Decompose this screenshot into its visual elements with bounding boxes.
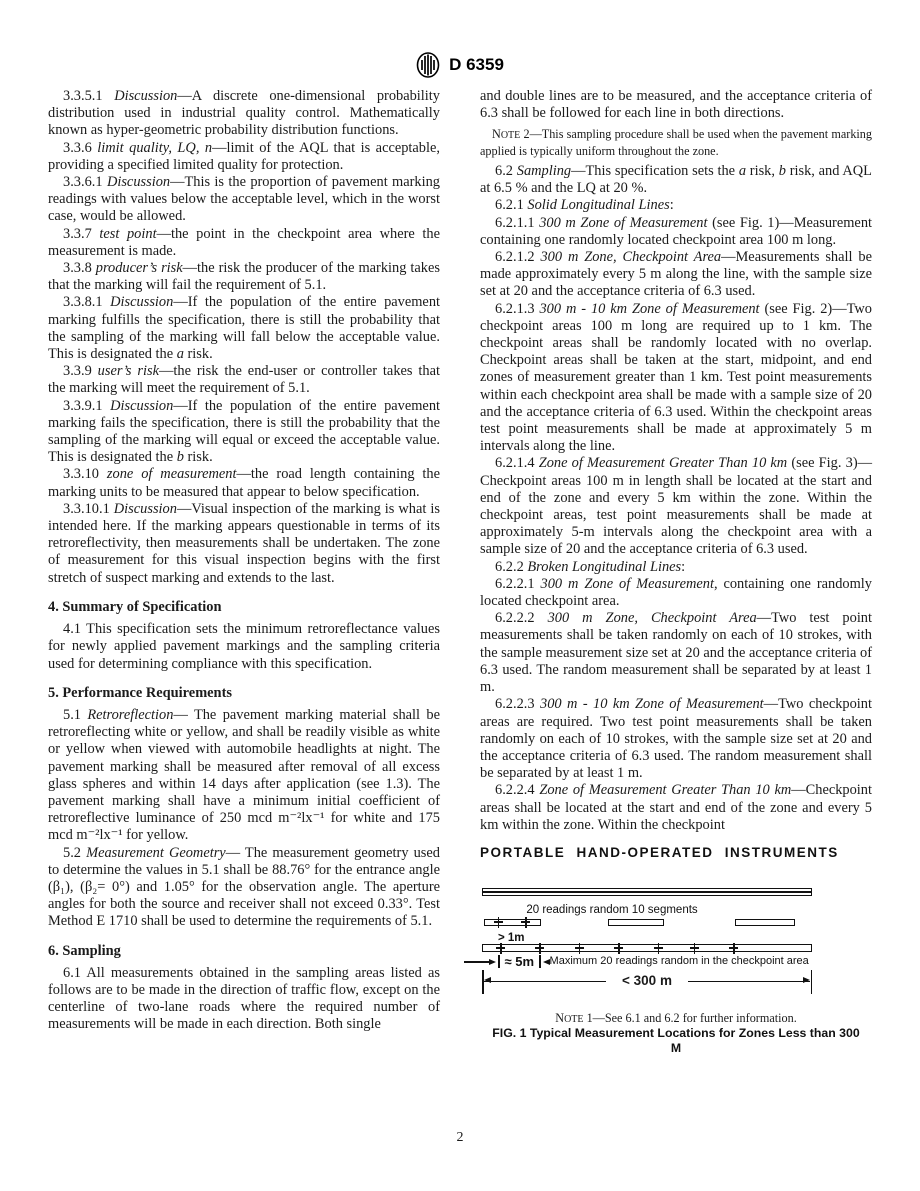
text-run: Discussion — [110, 398, 173, 414]
text-run: a — [177, 346, 184, 362]
paragraph: 6.2.2.1 300 m Zone of Measurement, conta… — [480, 576, 872, 610]
text-run: Zone of Measurement Greater Than 10 km — [539, 782, 791, 798]
spacing-annotation: ≈ 5m Maximum 20 readings random in the c… — [464, 954, 884, 970]
text-run: 300 m Zone of Measurement — [539, 215, 707, 231]
text-run: — The pavement marking material shall be… — [48, 707, 440, 843]
section-heading: 5. Performance Requirements — [48, 685, 440, 702]
text-run: 5.1 — [63, 707, 87, 723]
text-run: 2—This sampling procedure shall be used … — [480, 127, 872, 158]
arrow-left-icon — [543, 959, 550, 965]
paragraph: 3.3.8.1 Discussion—If the population of … — [48, 294, 440, 363]
text-run: 6. Sampling — [48, 943, 121, 959]
text-run: : — [670, 197, 674, 213]
text-run: b — [779, 163, 786, 179]
note-paragraph: NOTE 2—This sampling procedure shall be … — [480, 127, 872, 159]
document-number: D 6359 — [449, 55, 504, 75]
tick-mark — [729, 943, 738, 954]
paragraph: 6.2.2.4 Zone of Measurement Greater Than… — [480, 782, 872, 834]
text-run: 3.3.9.1 — [63, 398, 110, 414]
text-run: 6.2.1.1 — [495, 215, 539, 231]
paragraph: 3.3.6 limit quality, LQ, n—limit of the … — [48, 140, 440, 174]
paragraph: 6.2.1.4 Zone of Measurement Greater Than… — [480, 455, 872, 558]
text-run: Discussion — [107, 174, 170, 190]
right-column: and double lines are to be measured, and… — [480, 88, 872, 1066]
broken-line-segment — [735, 919, 795, 926]
text-run: Discussion — [110, 294, 173, 310]
text-run: (see Fig. 2)—Two checkpoint areas 100 m … — [480, 301, 872, 455]
paragraph: 6.1 All measurements obtained in the sam… — [48, 965, 440, 1034]
text-run: Measurement Geometry — [86, 845, 226, 861]
tick-mark — [494, 917, 503, 928]
text-run: N — [555, 1011, 564, 1025]
text-run: 4.1 This specification sets the minimum … — [48, 621, 440, 671]
text-run: 300 m Zone, Checkpoint Area — [548, 610, 757, 626]
figure-caption-line1: FIG. 1 Typical Measurement Locations for… — [480, 1026, 872, 1041]
text-run: 6.2 — [495, 163, 517, 179]
tick-mark — [654, 943, 663, 954]
text-run: 6.2.1.4 — [495, 455, 539, 471]
right-column-text: and double lines are to be measured, and… — [480, 88, 872, 834]
figure-diagram: 20 readings random 10 segments > 1m — [482, 842, 814, 1002]
text-run: Sampling — [517, 163, 571, 179]
checkpoint-area-bar — [482, 944, 812, 952]
text-run: 300 m - 10 km Zone of Measurement — [539, 301, 759, 317]
paragraph: 6.2.2.3 300 m - 10 km Zone of Measuremen… — [480, 696, 872, 782]
paragraph: 3.3.10.1 Discussion—Visual inspection of… — [48, 501, 440, 587]
paragraph: 3.3.10 zone of measurement—the road leng… — [48, 466, 440, 500]
text-run: 6.2.2.4 — [495, 782, 539, 798]
text-run: 3.3.10 — [63, 466, 107, 482]
figure-1: PORTABLE HAND-OPERATED INSTRUMENTS 20 re… — [480, 842, 872, 1066]
text-run: 4. Summary of Specification — [48, 599, 221, 615]
astm-logo-icon — [416, 52, 440, 78]
text-run: 3.3.6.1 — [63, 174, 107, 190]
text-run: 6.2.1 — [495, 197, 527, 213]
text-run: 3.3.9 — [63, 363, 98, 379]
text-run: 3.3.10.1 — [63, 501, 114, 517]
paragraph: and double lines are to be measured, and… — [480, 88, 872, 122]
text-run: 5.2 — [63, 845, 86, 861]
text-run: 300 m - 10 km Zone of Measurement — [540, 696, 764, 712]
text-run: 6.2.2.1 — [495, 576, 541, 592]
paragraph: 3.3.7 test point—the point in the checkp… — [48, 226, 440, 260]
tick-mark — [575, 943, 584, 954]
section-heading: 4. Summary of Specification — [48, 599, 440, 616]
text-run: Discussion — [114, 88, 177, 104]
text-run: Retroreflection — [87, 707, 173, 723]
text-run: 6.2.2.2 — [495, 610, 548, 626]
text-run: 6.2.1.3 — [495, 301, 539, 317]
paragraph: 3.3.9.1 Discussion—If the population of … — [48, 398, 440, 467]
paragraph: 6.2.1 Solid Longitudinal Lines: — [480, 197, 872, 214]
text-run: —This specification sets the — [571, 163, 739, 179]
text-run: producer’s risk — [96, 260, 183, 276]
text-run: b — [177, 449, 184, 465]
paragraph: 3.3.8 producer’s risk—the risk the produ… — [48, 260, 440, 294]
text-run: a — [739, 163, 746, 179]
text-run: 3.3.5.1 — [63, 88, 114, 104]
text-run: risk, — [746, 163, 779, 179]
broken-line-segment — [608, 919, 664, 926]
paragraph: 6.2.1.3 300 m - 10 km Zone of Measuremen… — [480, 301, 872, 456]
text-run: Zone of Measurement Greater Than 10 km — [539, 455, 787, 471]
text-run: 6.2.1.2 — [495, 249, 540, 265]
text-run: 300 m Zone of Measurement — [541, 576, 714, 592]
text-run: 6.2.2.3 — [495, 696, 540, 712]
text-run: OTE — [564, 1014, 583, 1025]
section-heading: 6. Sampling — [48, 943, 440, 960]
page-number: 2 — [0, 1130, 920, 1146]
left-column: 3.3.5.1 Discussion—A discrete one-dimens… — [48, 88, 440, 1066]
zone-length-dimension: < 300 m — [482, 970, 812, 994]
paragraph: 3.3.6.1 Discussion—This is the proportio… — [48, 174, 440, 226]
text-run: 6.1 All measurements obtained in the sam… — [48, 965, 440, 1033]
paragraph: 5.1 Retroreflection— The pavement markin… — [48, 707, 440, 845]
broken-line-segment — [484, 919, 541, 926]
text-run: 5. Performance Requirements — [48, 685, 232, 701]
page-header: D 6359 — [0, 52, 920, 78]
text-run: OTE — [501, 130, 520, 141]
text-run: and double lines are to be measured, and… — [480, 88, 872, 121]
text-run: limit quality, LQ, n — [97, 140, 212, 156]
text-run: 3.3.8 — [63, 260, 96, 276]
paragraph: 6.2.2 Broken Longitudinal Lines: — [480, 559, 872, 576]
paragraph: 3.3.9 user’s risk—the risk the end-user … — [48, 363, 440, 397]
text-run: Solid Longitudinal Lines — [527, 197, 669, 213]
two-column-body: 3.3.5.1 Discussion—A discrete one-dimens… — [48, 88, 872, 1066]
text-run: zone of measurement — [107, 466, 237, 482]
solid-line-bar — [482, 888, 812, 896]
tick-mark — [614, 943, 623, 954]
tick-mark — [521, 917, 530, 928]
text-run: user’s risk — [98, 363, 159, 379]
text-run: risk. — [184, 346, 213, 362]
paragraph: 6.2.1.2 300 m Zone, Checkpoint Area—Meas… — [480, 249, 872, 301]
text-run: test point — [99, 226, 156, 242]
text-run: N — [492, 127, 501, 141]
arrow-right-icon — [489, 959, 496, 965]
tick-mark — [690, 943, 699, 954]
zone-length-label: < 300 m — [482, 972, 812, 989]
text-run: 300 m Zone, Checkpoint Area — [540, 249, 721, 265]
max-readings-label: Maximum 20 readings random in the checkp… — [550, 953, 809, 970]
figure-caption: FIG. 1 Typical Measurement Locations for… — [480, 1026, 872, 1056]
text-run: Discussion — [114, 501, 177, 517]
tick-mark — [496, 943, 505, 954]
text-run: : — [681, 559, 685, 575]
text-run: 3.3.7 — [63, 226, 99, 242]
paragraph: 4.1 This specification sets the minimum … — [48, 621, 440, 673]
spacing-label: ≈ 5m — [505, 953, 535, 970]
text-run: 6.2.2 — [495, 559, 527, 575]
text-run: 3.3.8.1 — [63, 294, 110, 310]
text-run: risk. — [184, 449, 213, 465]
paragraph: 6.2.1.1 300 m Zone of Measurement (see F… — [480, 215, 872, 249]
paragraph: 6.2.2.2 300 m Zone, Checkpoint Area—Two … — [480, 610, 872, 696]
paragraph: 3.3.5.1 Discussion—A discrete one-dimens… — [48, 88, 440, 140]
text-run: Broken Longitudinal Lines — [527, 559, 681, 575]
dimension-line — [464, 961, 490, 963]
text-run: 3.3.6 — [63, 140, 97, 156]
figure-caption-line2: M — [480, 1041, 872, 1056]
dimension-end-bar — [539, 955, 541, 968]
dimension-end-bar — [498, 955, 500, 968]
paragraph: 6.2 Sampling—This specification sets the… — [480, 163, 872, 197]
tick-mark — [535, 943, 544, 954]
text-run: 1—See 6.1 and 6.2 for further informatio… — [584, 1011, 797, 1025]
paragraph: 5.2 Measurement Geometry— The measuremen… — [48, 845, 440, 931]
